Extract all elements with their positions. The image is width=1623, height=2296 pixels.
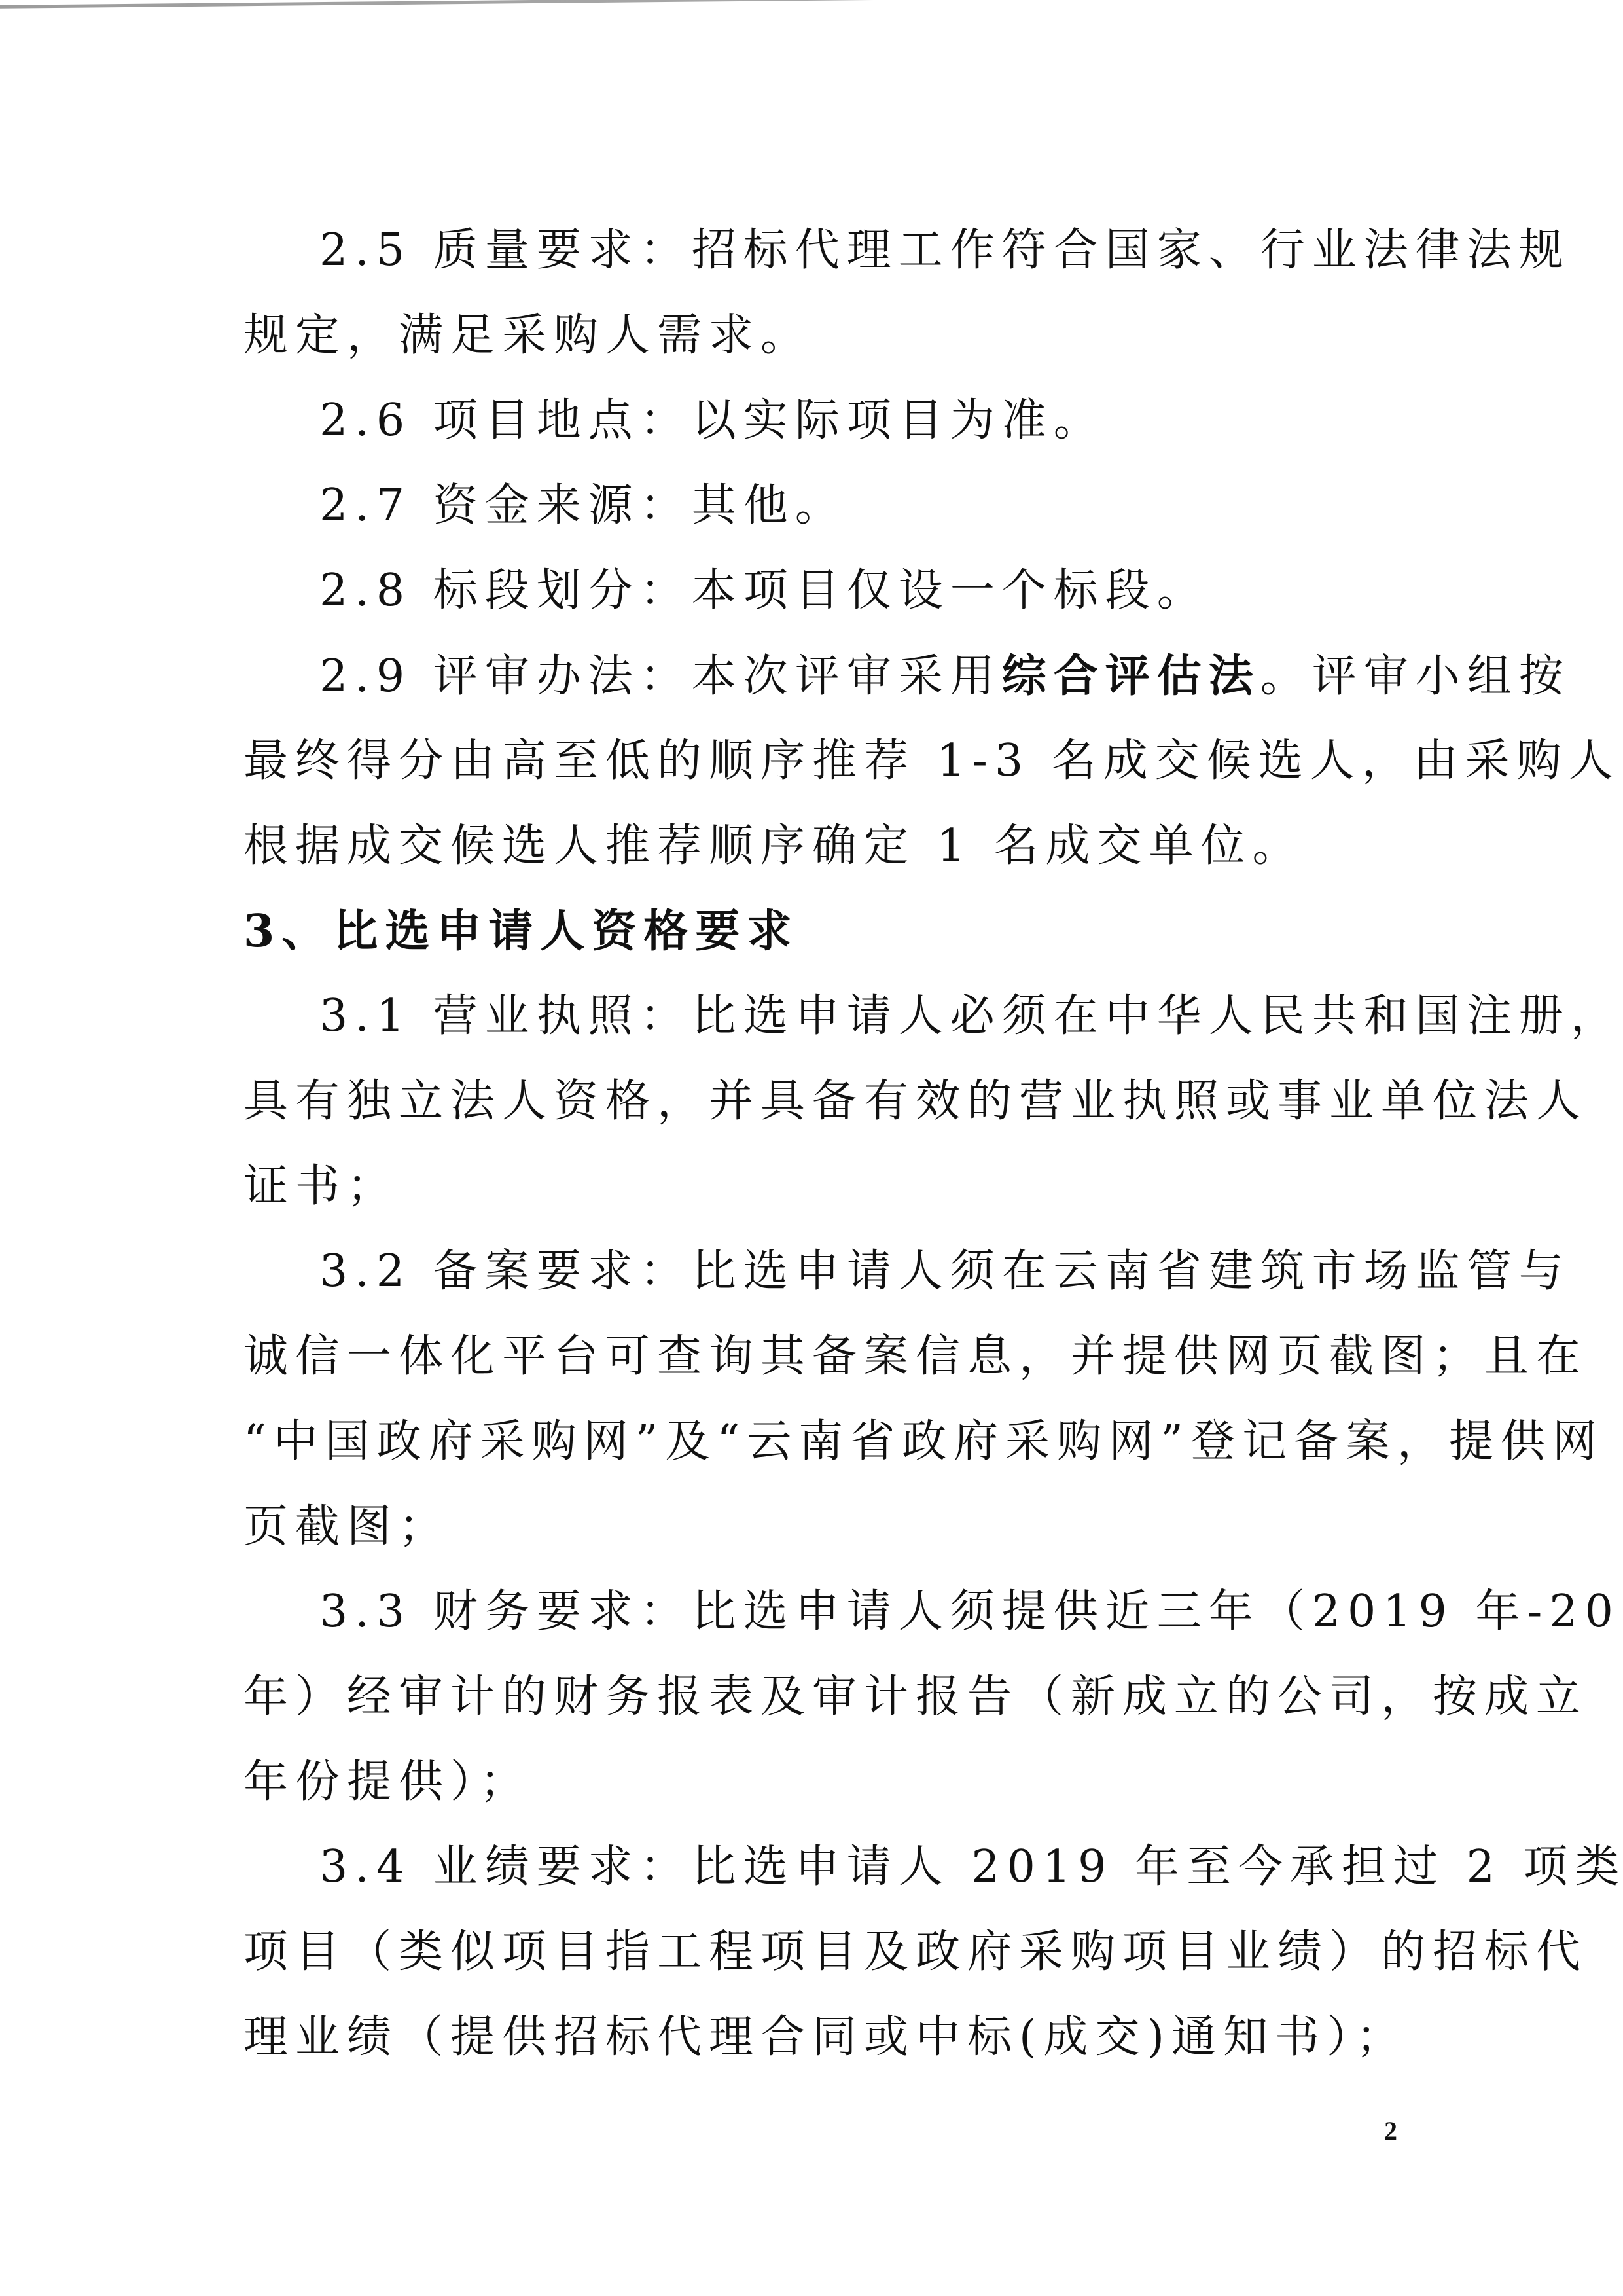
page-number: 2 (1384, 2115, 1397, 2146)
paragraph-2-9-suffix: 。评审小组按 (1260, 651, 1571, 702)
paragraph-2-9-line-3: 根据成交候选人推荐顺序确定 1 名成交单位。 (243, 804, 1369, 889)
paragraph-3-2-line-4: 页截图； (243, 1484, 1369, 1570)
paragraph-2-5-line-1: 2.5 质量要求：招标代理工作符合国家、行业法律法规 (243, 208, 1369, 293)
paragraph-2-9-line-2: 最终得分由高至低的顺序推荐 1-3 名成交候选人，由采购人 (243, 719, 1369, 804)
paragraph-3-1-line-3: 证书； (243, 1144, 1369, 1229)
paragraph-3-1-line-2: 具有独立法人资格，并具备有效的营业执照或事业单位法人 (243, 1059, 1369, 1144)
paragraph-3-3-line-1: 3.3 财务要求：比选申请人须提供近三年（2019 年-2021 (243, 1570, 1369, 1655)
paragraph-3-4-line-2: 项目（类似项目指工程项目及政府采购项目业绩）的招标代 (243, 1910, 1369, 1995)
paragraph-3-4-line-1: 3.4 业绩要求：比选申请人 2019 年至今承担过 2 项类似 (243, 1825, 1369, 1910)
paragraph-3-3-line-3: 年份提供）； (243, 1740, 1369, 1825)
scan-edge-line (0, 0, 1427, 9)
paragraph-2-8: 2.8 标段划分：本项目仅设一个标段。 (243, 548, 1369, 634)
evaluation-method-bold: 综合评估法 (1002, 650, 1260, 702)
paragraph-3-1-line-1: 3.1 营业执照：比选申请人必须在中华人民共和国注册， (243, 974, 1369, 1059)
paragraph-2-9-line-1: 2.9 评审办法：本次评审采用综合评估法。评审小组按 (243, 634, 1369, 719)
paragraph-3-2-line-2: 诚信一体化平台可查询其备案信息，并提供网页截图；且在 (243, 1314, 1369, 1399)
paragraph-3-4-line-3: 理业绩（提供招标代理合同或中标(成交)通知书）； (243, 1995, 1369, 2080)
paragraph-3-3-line-2: 年）经审计的财务报表及审计报告（新成立的公司，按成立 (243, 1655, 1369, 1740)
paragraph-2-5-line-2: 规定，满足采购人需求。 (243, 293, 1369, 378)
section-3-heading: 3、比选申请人资格要求 (243, 889, 1369, 974)
paragraph-3-2-line-3: “中国政府采购网”及“云南省政府采购网”登记备案，提供网 (243, 1399, 1369, 1484)
paragraph-3-2-line-1: 3.2 备案要求：比选申请人须在云南省建筑市场监管与 (243, 1229, 1369, 1314)
paragraph-2-9-prefix: 2.9 评审办法：本次评审采用 (319, 651, 1002, 702)
paragraph-2-6: 2.6 项目地点：以实际项目为准。 (243, 378, 1369, 463)
document-body: 2.5 质量要求：招标代理工作符合国家、行业法律法规 规定，满足采购人需求。 2… (243, 208, 1369, 2080)
paragraph-2-7: 2.7 资金来源：其他。 (243, 463, 1369, 548)
